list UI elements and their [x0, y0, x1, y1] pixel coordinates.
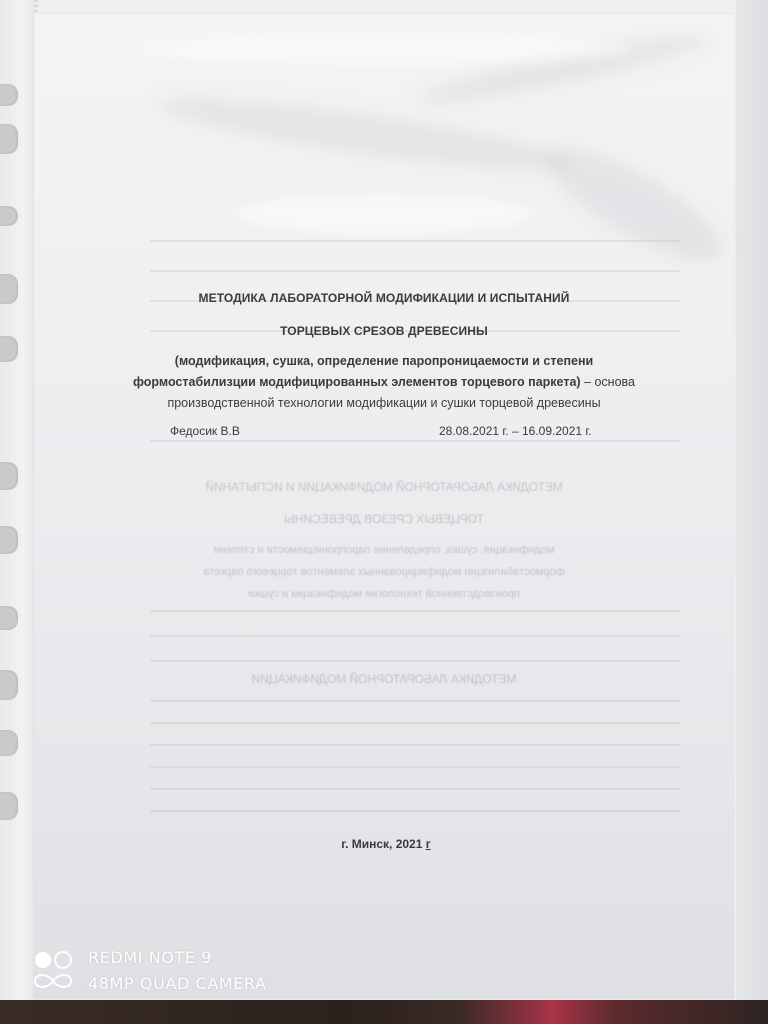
bleed-through-lines	[150, 440, 680, 442]
subtitle-line2-tail: – основа	[581, 375, 635, 389]
bleed-through-lines	[150, 270, 680, 272]
bleed-through-lines	[150, 240, 680, 242]
date-range: 28.08.2021 г. – 16.09.2021 г.	[439, 424, 592, 438]
paper-sheet	[34, 14, 734, 999]
bleed-through-lines	[150, 660, 680, 662]
punch-hole	[0, 124, 18, 154]
bleed-through-text: МЕТОДИКА ЛАБОРАТОРНОЙ МОДИФИКАЦИИ	[0, 672, 768, 686]
bleed-through-lines	[150, 788, 680, 790]
sleeve-wrinkle	[153, 85, 574, 183]
bleed-through-lines	[150, 766, 680, 768]
document-title: МЕТОДИКА ЛАБОРАТОРНОЙ МОДИФИКАЦИИ И ИСПЫ…	[0, 291, 768, 305]
sleeve-sheen	[234, 194, 534, 234]
sleeve-wrinkle	[532, 128, 735, 280]
camera-model: REDMI NOTE 9	[88, 948, 212, 967]
bleed-through-text: МЕТОДИКА ЛАБОРАТОРНОЙ МОДИФИКАЦИИ И ИСПЫ…	[0, 480, 768, 494]
bleed-through-text: производственной технологии модификации …	[0, 588, 768, 600]
subtitle-line3: производственной технологии модификации …	[167, 396, 600, 410]
city-year-suffix: г	[426, 837, 431, 851]
punch-hole	[0, 606, 18, 630]
bleed-through-lines	[150, 810, 680, 812]
punch-hole	[0, 792, 18, 820]
sleeve-sheen	[134, 34, 634, 64]
city-year: г. Минск, 2021 г	[2, 837, 768, 851]
punch-hole	[0, 84, 18, 106]
bleed-through-lines	[150, 610, 680, 612]
subtitle-line1: (модификация, сушка, определение паропро…	[175, 354, 593, 368]
punch-hole	[0, 206, 18, 226]
bleed-through-lines	[150, 722, 680, 724]
bleed-through-text: модификация, сушка, определение паропрон…	[0, 544, 768, 556]
camera-spec: 48MP QUAD CAMERA	[88, 974, 267, 993]
city-year-text: г. Минск, 2021	[341, 837, 425, 851]
floor-background	[0, 1000, 768, 1024]
author: Федосик В.В	[170, 424, 240, 438]
bleed-through-lines	[150, 635, 680, 637]
bleed-through-text: формостабилизции модифицированных элемен…	[0, 566, 768, 578]
document-subtitle: (модификация, сушка, определение паропро…	[0, 351, 768, 414]
quad-camera-logo-icon	[33, 950, 73, 992]
bleed-through-lines	[150, 700, 680, 702]
bleed-through-text: ТОРЦЕВЫХ СРЕЗОВ ДРЕВЕСИНЫ	[0, 512, 768, 526]
document-title-line2: ТОРЦЕВЫХ СРЕЗОВ ДРЕВЕСИНЫ	[0, 324, 768, 338]
subtitle-line2-bold: формостабилизции модифицированных элемен…	[133, 375, 581, 389]
bleed-through-lines	[150, 744, 680, 746]
punch-hole	[0, 730, 18, 756]
